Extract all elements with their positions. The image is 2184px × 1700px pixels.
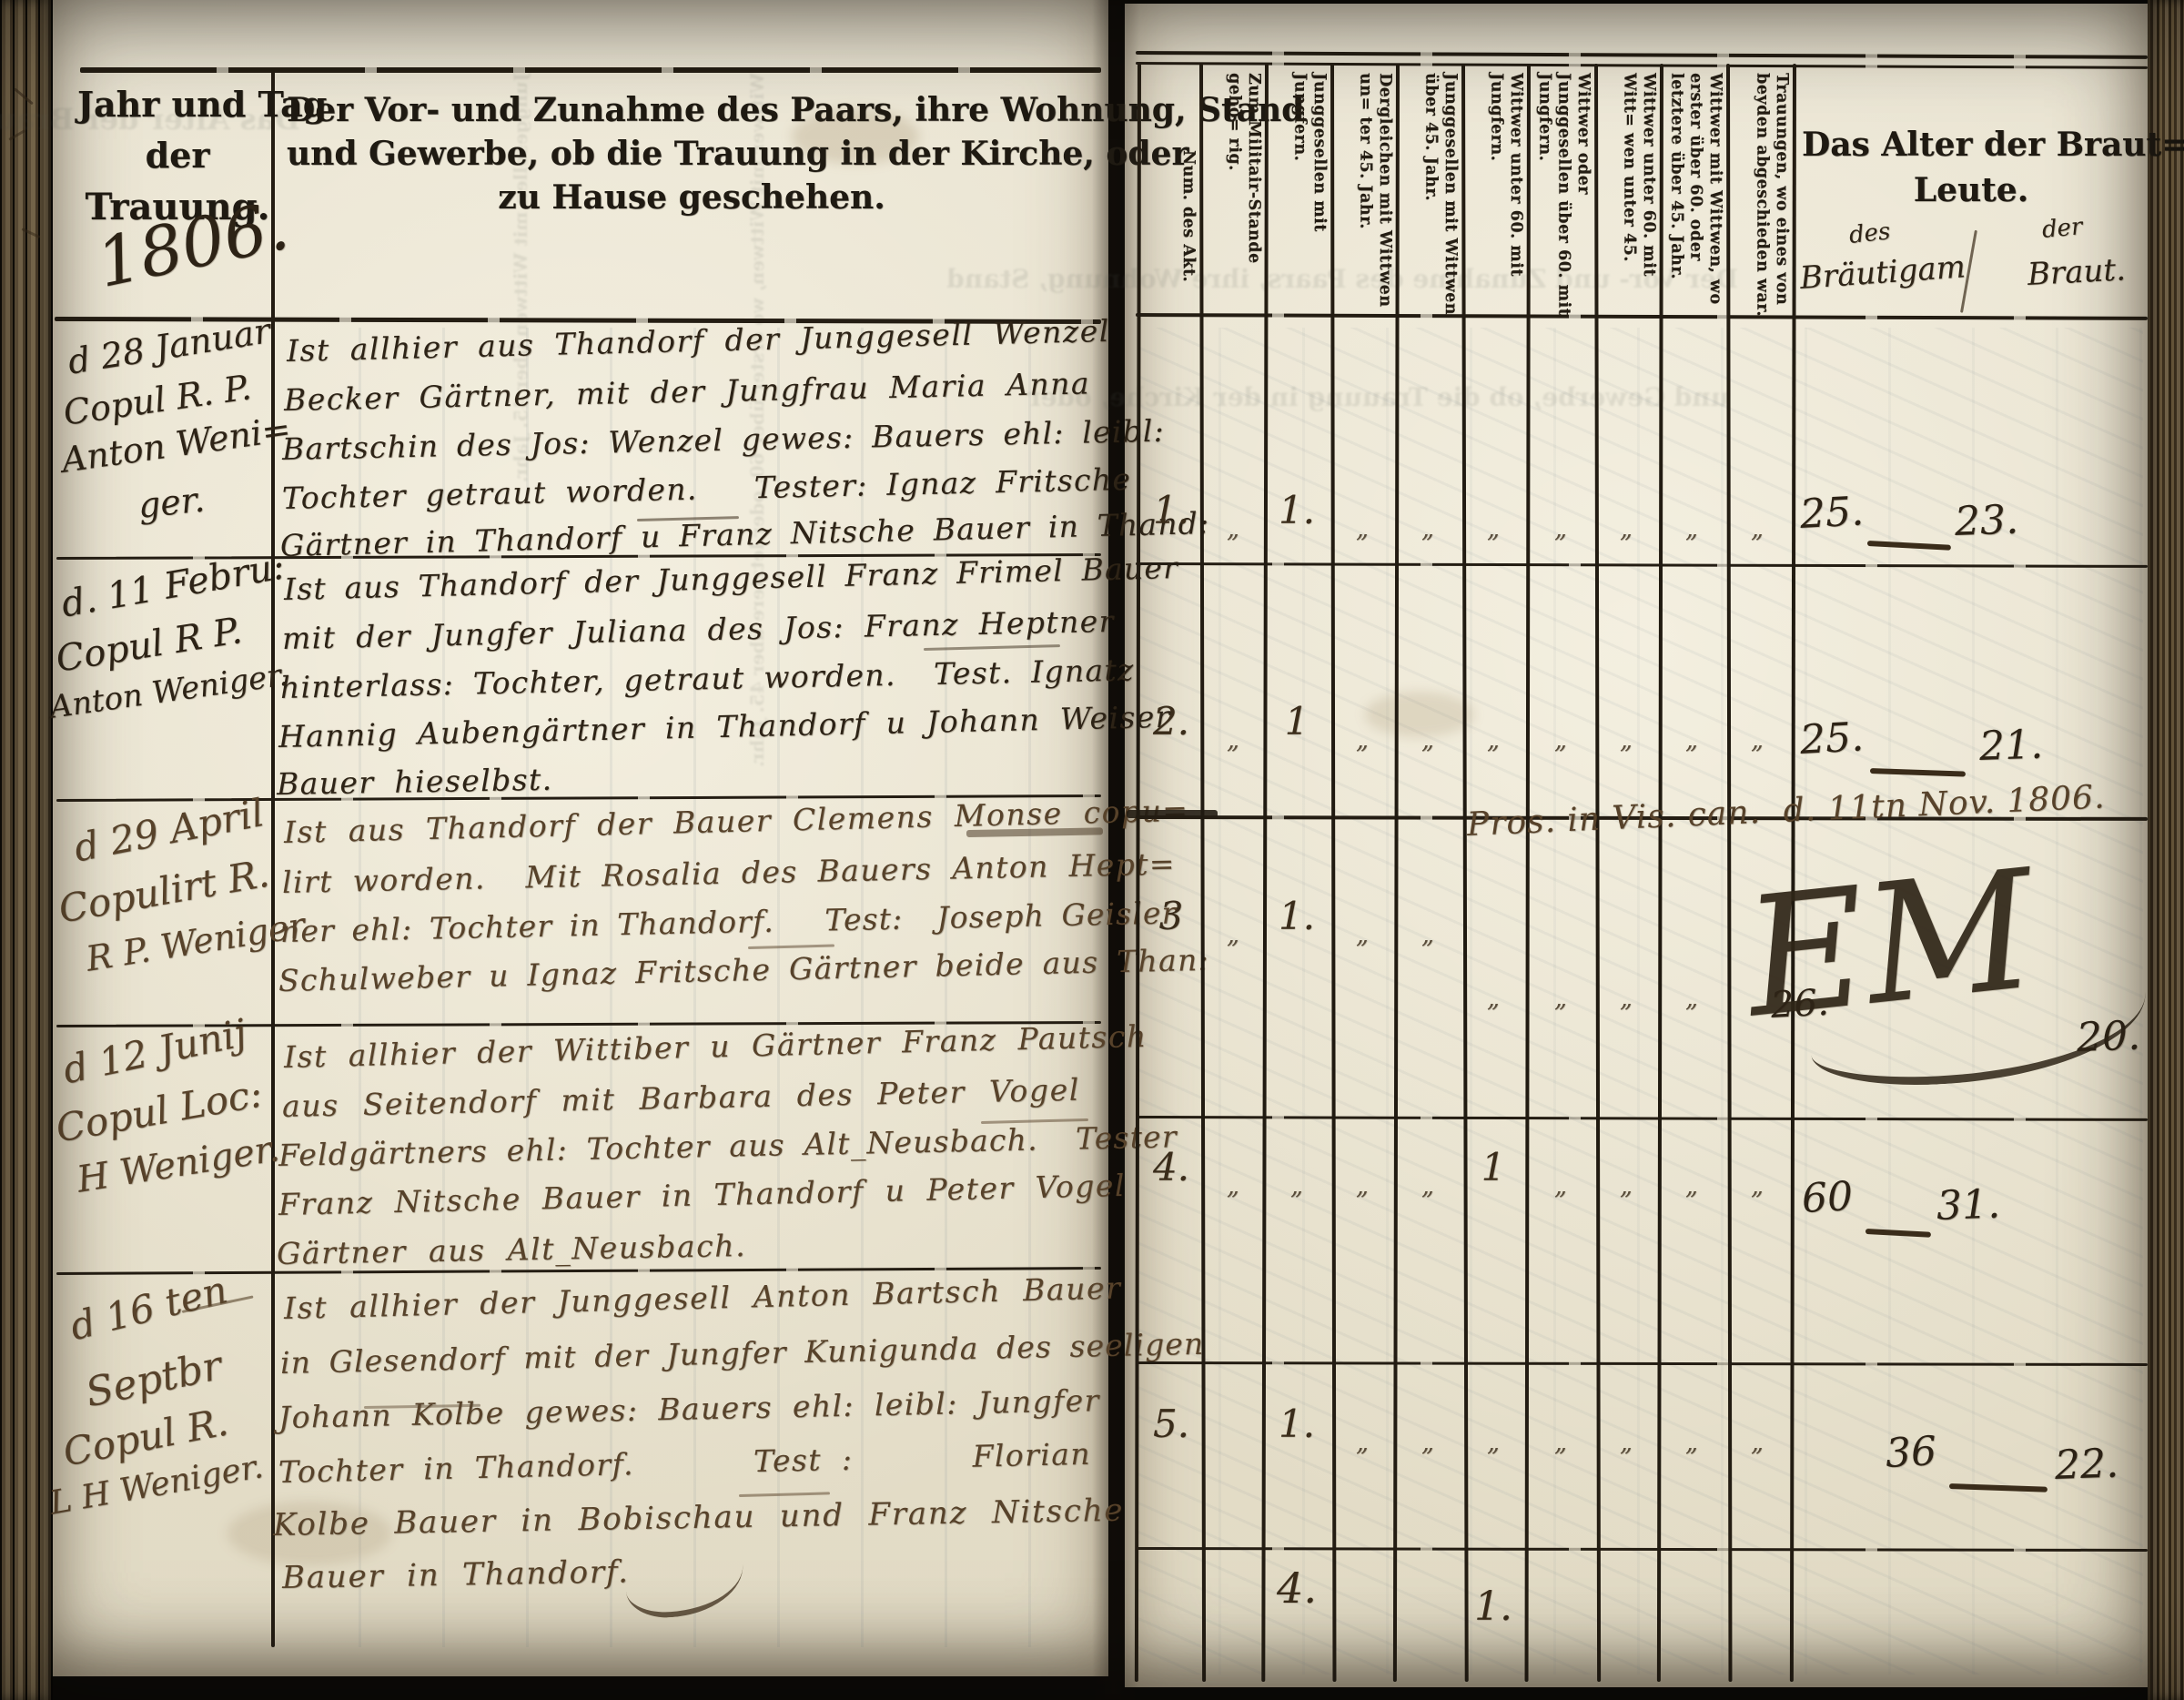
column-header-junggesellen-wittwen-ueber45: Junggesellen mit Wittwen über 45. Jahr. [1400,73,1460,317]
table-cell: 4. [1145,1145,1198,1189]
table-cell: „ [1600,726,1653,754]
table-cell: „ [1665,1172,1718,1200]
column-header-trauungen-abgeschieden: Trauungen, wo eines von beyden abgeschie… [1730,73,1791,317]
table-cell: „ [1336,726,1389,754]
date-column-header-line: Jahr und Tag [77,84,278,125]
register-book-scan: Das Alter der Braut= Junggesellen mit Wi… [0,0,2184,1700]
table-cell: „ [1467,515,1520,543]
bride-age: 20. [2076,1013,2141,1061]
table-cell: „ [1467,1429,1520,1457]
table-cell: „ [1665,726,1718,754]
table-cell: 5. [1145,1401,1198,1446]
table-cell: „ [1731,515,1784,543]
total-junggesellen-mit-jungfern: 4. [1270,1563,1323,1613]
table-cell: „ [1401,1429,1454,1457]
column-header-wittwer-unter60-wittwen-unter45: Wittwer unter 60. mit Witt= wen unter 45… [1598,73,1658,317]
table-cell: „ [1600,515,1653,543]
main-header-line: und Gewerbe, ob die Trauung in der Kirch… [287,135,1097,173]
table-cell: 1 [1467,1145,1520,1189]
column-header-wittwer-ueber60-jungfern: Wittwer oder Junggesellen über 60. mit J… [1531,73,1592,317]
column-header-dergleichen-wittwen-unter45: Dergleichen mit Wittwen un= ter 45. Jahr… [1334,73,1394,317]
groom-age: 25. [1799,713,1865,764]
table-cell: „ [1401,726,1454,754]
entry-text-line: Bauer hieselbst. [277,762,553,802]
entry-date-line: ger. [136,480,207,526]
bride-age: 31. [1936,1181,2001,1229]
age-header-title-line: Leute. [1802,171,2140,209]
table-cell: „ [1207,726,1259,754]
table-cell: „ [1600,985,1653,1013]
table-cell: „ [1336,515,1389,543]
table-cell: 1. [1270,488,1323,532]
main-header-line: Der Vor- und Zunahme des Paars, ihre Woh… [287,91,1097,129]
table-cell: „ [1665,1429,1718,1457]
table-cell: „ [1665,515,1718,543]
date-column-divider [271,71,275,1647]
table-cell: „ [1534,515,1587,543]
groom-age: 26. [1770,982,1830,1027]
table-cell: „ [1600,1429,1653,1457]
column-header-junggesellen-jungfern: Junggesellen mit Jungfern. [1269,73,1329,317]
groom-age: 25. [1799,488,1865,538]
bride-label-small: der [2041,213,2084,244]
bride-age: 23. [1954,497,2019,545]
bride-age: 21. [1978,722,2044,770]
table-cell: „ [1534,1172,1587,1200]
table-cell: „ [1467,985,1520,1013]
bride-age: 22. [2054,1441,2119,1489]
table-cell: 1. [1270,894,1323,938]
table-cell: „ [1401,921,1454,949]
table-cell: „ [1401,515,1454,543]
table-cell: „ [1401,1172,1454,1200]
column-header-wittwer-wittwen-alt: Wittwer mit Wittwen, wo erster über 60. … [1663,73,1724,317]
table-cell: „ [1207,1172,1259,1200]
table-cell: „ [1534,985,1587,1013]
table-cell: „ [1207,515,1259,543]
entry-text-line: Bauer in Thandorf. [282,1553,630,1596]
column-header-num: Num. des Akt. [1143,150,1198,314]
table-cell: „ [1336,1172,1389,1200]
page-edges-right [2148,0,2184,1700]
table-cell: 2. [1145,699,1198,744]
table-cell: „ [1731,1172,1784,1200]
table-cell: „ [1731,1429,1784,1457]
table-cell: „ [1270,1172,1323,1200]
table-cell: 1 [1270,699,1323,744]
table-cell: „ [1534,726,1587,754]
table-cell: „ [1207,921,1259,949]
table-cell: „ [1534,1429,1587,1457]
column-header-wittwer-unter60-jungfern: Wittwer unter 60. mit Jungfern. [1465,73,1525,317]
table-cell: 1. [1270,1401,1323,1446]
main-header-line: zu Hause geschehen. [287,178,1097,217]
table-cell: „ [1336,921,1389,949]
column-header-militair: Zum Militair-Stande gehö= rig. [1203,73,1263,317]
table-cell: „ [1336,1429,1389,1457]
groom-age: 36 [1885,1428,1938,1477]
top-rule-left [80,67,1101,73]
groom-label-small: des [1847,218,1891,249]
table-cell: 3 [1145,894,1198,938]
total-wittwer-unter-60-mit-jungfern: 1. [1467,1584,1520,1630]
table-cell: „ [1467,726,1520,754]
date-column-header-line: der [77,135,278,176]
table-cell: „ [1731,726,1784,754]
table-cell: „ [1665,985,1718,1013]
bride-label: Braut. [2027,251,2127,293]
book-spine-edge [0,0,53,1700]
groom-age: 60 [1801,1173,1855,1222]
table-cell: „ [1600,1172,1653,1200]
age-header-title-line: Das Alter der Braut= [1802,126,2140,164]
table-cell: 1. [1145,488,1198,532]
